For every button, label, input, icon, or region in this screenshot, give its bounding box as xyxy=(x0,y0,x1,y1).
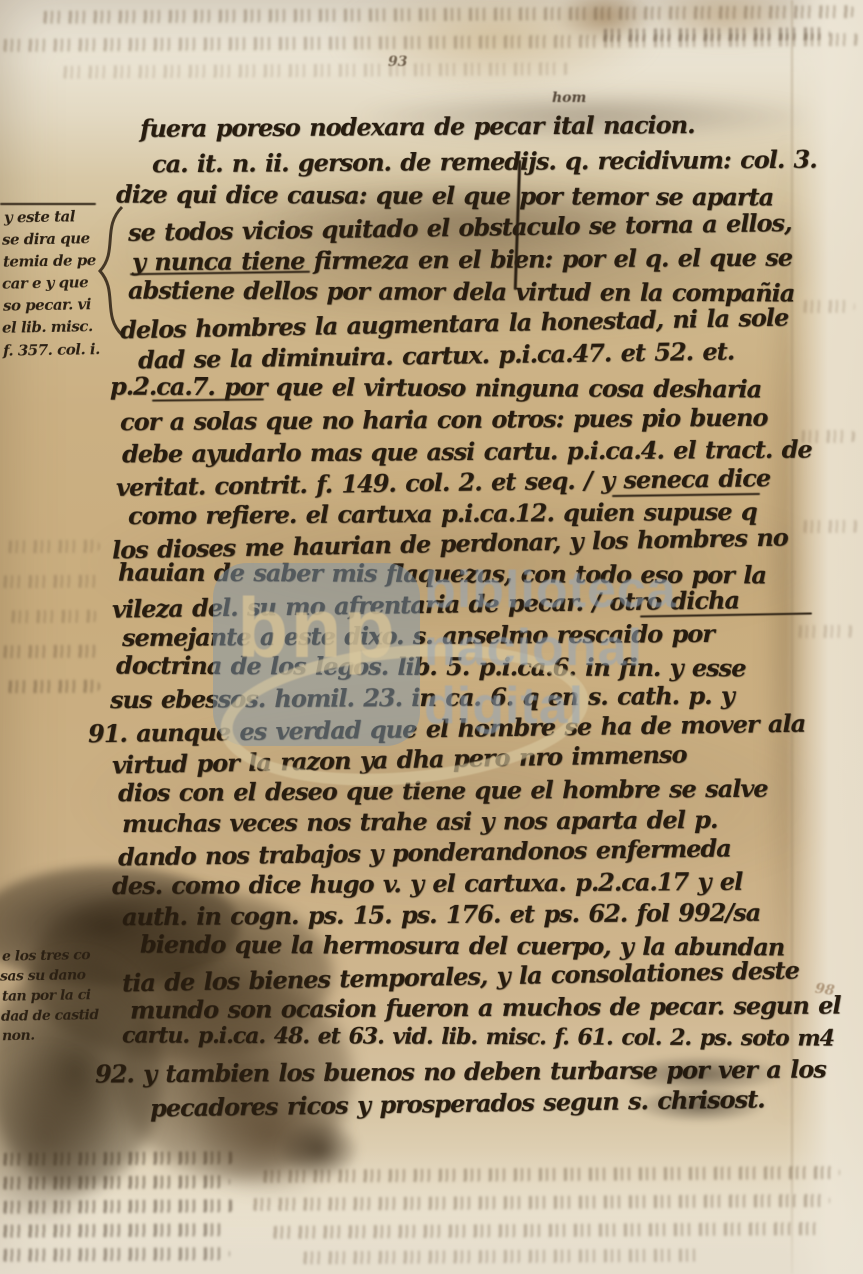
manuscript-line: semejante a este dixo. s. anselmo rescai… xyxy=(122,619,714,652)
manuscript-line: muchas veces nos trahe asi y nos aparta … xyxy=(122,805,718,838)
manuscript-line: abstiene dellos por amor dela virtud en … xyxy=(128,276,794,308)
manuscript-line: auth. in cogn. ps. 15. ps. 176. et ps. 6… xyxy=(122,898,760,931)
manuscript-line: fuera poreso nodexara de pecar ital naci… xyxy=(140,110,695,143)
catchword: hom xyxy=(552,90,586,106)
manuscript-scan: fuera poreso nodexara de pecar ital naci… xyxy=(0,0,863,1274)
manuscript-line: sus ebessos. homil. 23. in ca. 6. q en s… xyxy=(110,681,734,714)
manuscript-line: dize qui dice causa: que el que por temo… xyxy=(116,180,773,212)
manuscript-line: des. como dice hugo v. y el cartuxa. p.2… xyxy=(112,867,742,900)
manuscript-line: doctrina de los legos. lib. 5. p.i.ca.6.… xyxy=(116,651,746,683)
manuscript-line: hauian de saber mis flaquezas, con todo … xyxy=(118,558,766,590)
manuscript-line: vileza del. su mo afrentaria de pecar. /… xyxy=(112,585,739,623)
manuscript-line: ca. it. n. ii. gerson. de remedijs. q. r… xyxy=(152,145,817,179)
manuscript-line: dios con el deseo que tiene que el hombr… xyxy=(118,774,768,808)
faint-number-right: 98 xyxy=(814,981,836,1000)
manuscript-line: se todos vicios quitado el obstaculo se … xyxy=(128,208,792,247)
manuscript-line: cor a solas que no haria con otros: pues… xyxy=(120,403,768,437)
manuscript-line: 91. aunque es verdad que el hombre se ha… xyxy=(88,709,805,749)
manuscript-line: dando nos trabajos y ponderandonos enfer… xyxy=(118,833,731,871)
text-block: fuera poreso nodexara de pecar ital naci… xyxy=(0,0,863,1274)
margin-rule xyxy=(0,203,96,205)
manuscript-line: mundo son ocasion fueron a muchos de pec… xyxy=(130,991,841,1025)
manuscript-line: 92. y tambien los buenos no deben turbar… xyxy=(95,1054,826,1088)
margin-brace-stroke xyxy=(92,205,126,337)
faint-number-top: 93 xyxy=(388,54,407,70)
manuscript-line: pecadores ricos y prosperados segun s. c… xyxy=(150,1084,765,1122)
manuscript-line: cartu. p.i.ca. 48. et 63. vid. lib. misc… xyxy=(122,1022,834,1051)
